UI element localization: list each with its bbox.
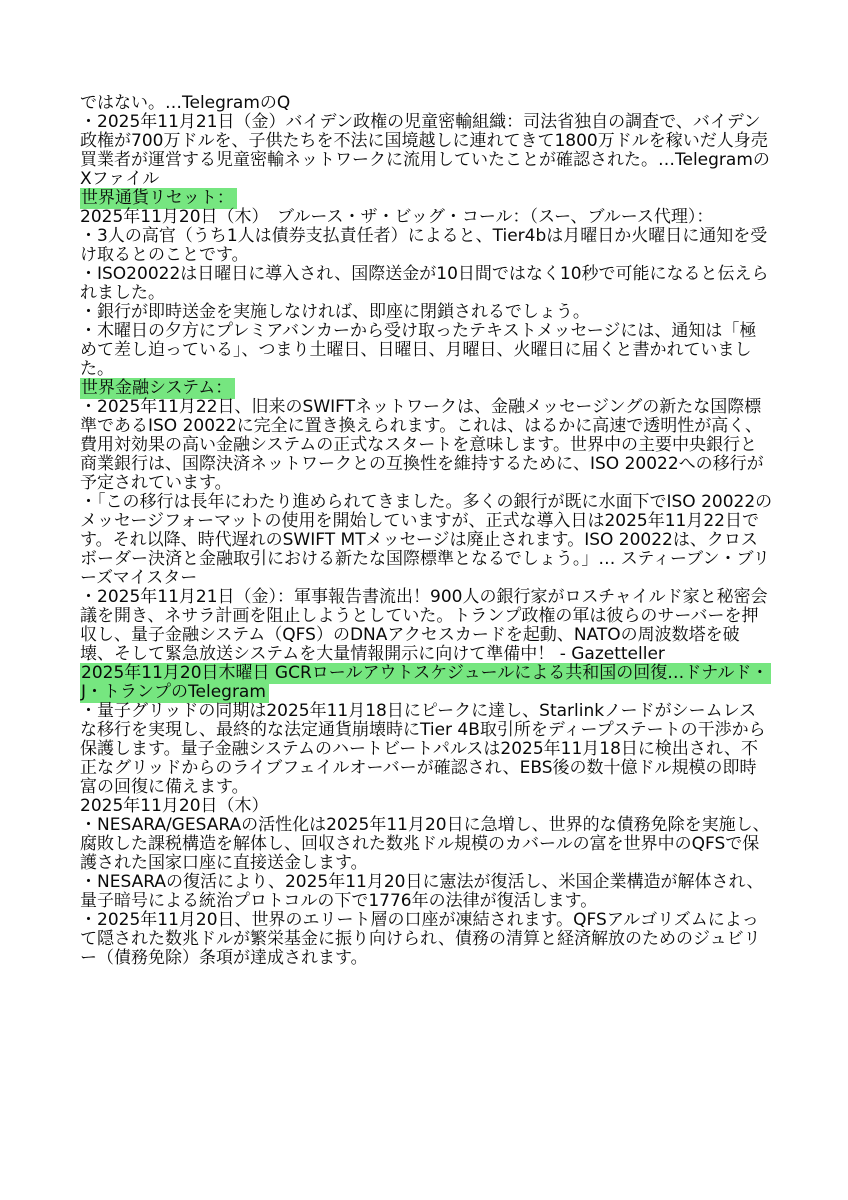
bullet-elite-accounts-frozen: ・2025年11月20日、世界のエリート層の口座が凍結されます。QFSアルゴリズ… bbox=[80, 911, 773, 968]
bullet-quantum-grid-sync: ・量子グリッドの同期は2025年11月18日にピークに達し、Starlinkノー… bbox=[80, 702, 773, 797]
section-heading-financial-system: 世界金融システム： bbox=[80, 379, 773, 398]
paragraph-date-nov20: 2025年11月20日（木） bbox=[80, 797, 773, 816]
section-heading-gcr-rollout: 2025年11月20日木曜日 GCRロールアウトスケジュールによる共和国の回復…… bbox=[80, 664, 773, 702]
paragraph-bruce-big-call-date: 2025年11月20日（木） ブルース・ザ・ビッグ・コール：（スー、ブルース代理… bbox=[80, 208, 773, 227]
bullet-iso20022-quote: ・「この移行は長年にわたり進められてきました。多くの銀行が既に水面下でISO 2… bbox=[80, 493, 773, 588]
bullet-swift-replacement: ・2025年11月22日、旧来のSWIFTネットワークは、金融メッセージングの新… bbox=[80, 398, 773, 493]
green-highlight: 世界通貨リセット： bbox=[80, 188, 237, 209]
bullet-iso20022-sunday: ・ISO20022は日曜日に導入され、国際送金が10日間ではなく10秒で可能にな… bbox=[80, 265, 773, 303]
section-heading-currency-reset: 世界通貨リセット： bbox=[80, 189, 773, 208]
green-highlight: 世界金融システム： bbox=[80, 378, 235, 399]
bullet-military-report-leak: ・2025年11月21日（金）：軍事報告書流出！900人の銀行家がロスチャイルド… bbox=[80, 588, 773, 664]
document-page: ではない。…TelegramのQ ・2025年11月21日（金）バイデン政権の児… bbox=[0, 0, 848, 1200]
green-highlight: 2025年11月20日木曜日 GCRロールアウトスケジュールによる共和国の回復…… bbox=[80, 663, 771, 703]
paragraph-child-trafficking-bullet: ・2025年11月21日（金）バイデン政権の児童密輸組織：司法省独自の調査で、バ… bbox=[80, 113, 773, 189]
bullet-bank-closure: ・銀行が即時送金を実施しなければ、即座に閉鎖されるでしょう。 bbox=[80, 303, 773, 322]
bullet-premier-banker-message: ・木曜日の夕方にプレミアバンカーから受け取ったテキストメッセージには、通知は「極… bbox=[80, 322, 773, 379]
bullet-nesara-constitution: ・NESARAの復活により、2025年11月20日に憲法が復活し、米国企業構造が… bbox=[80, 873, 773, 911]
paragraph-telegram-q: ではない。…TelegramのQ bbox=[80, 94, 773, 113]
bullet-nesara-gesara-activation: ・NESARA/GESARAの活性化は2025年11月20日に急増し、世界的な債… bbox=[80, 816, 773, 873]
bullet-tier4b-notification: ・3人の高官（うち1人は債券支払責任者）によると、Tier4bは月曜日か火曜日に… bbox=[80, 227, 773, 265]
document-body: ではない。…TelegramのQ ・2025年11月21日（金）バイデン政権の児… bbox=[80, 94, 773, 968]
